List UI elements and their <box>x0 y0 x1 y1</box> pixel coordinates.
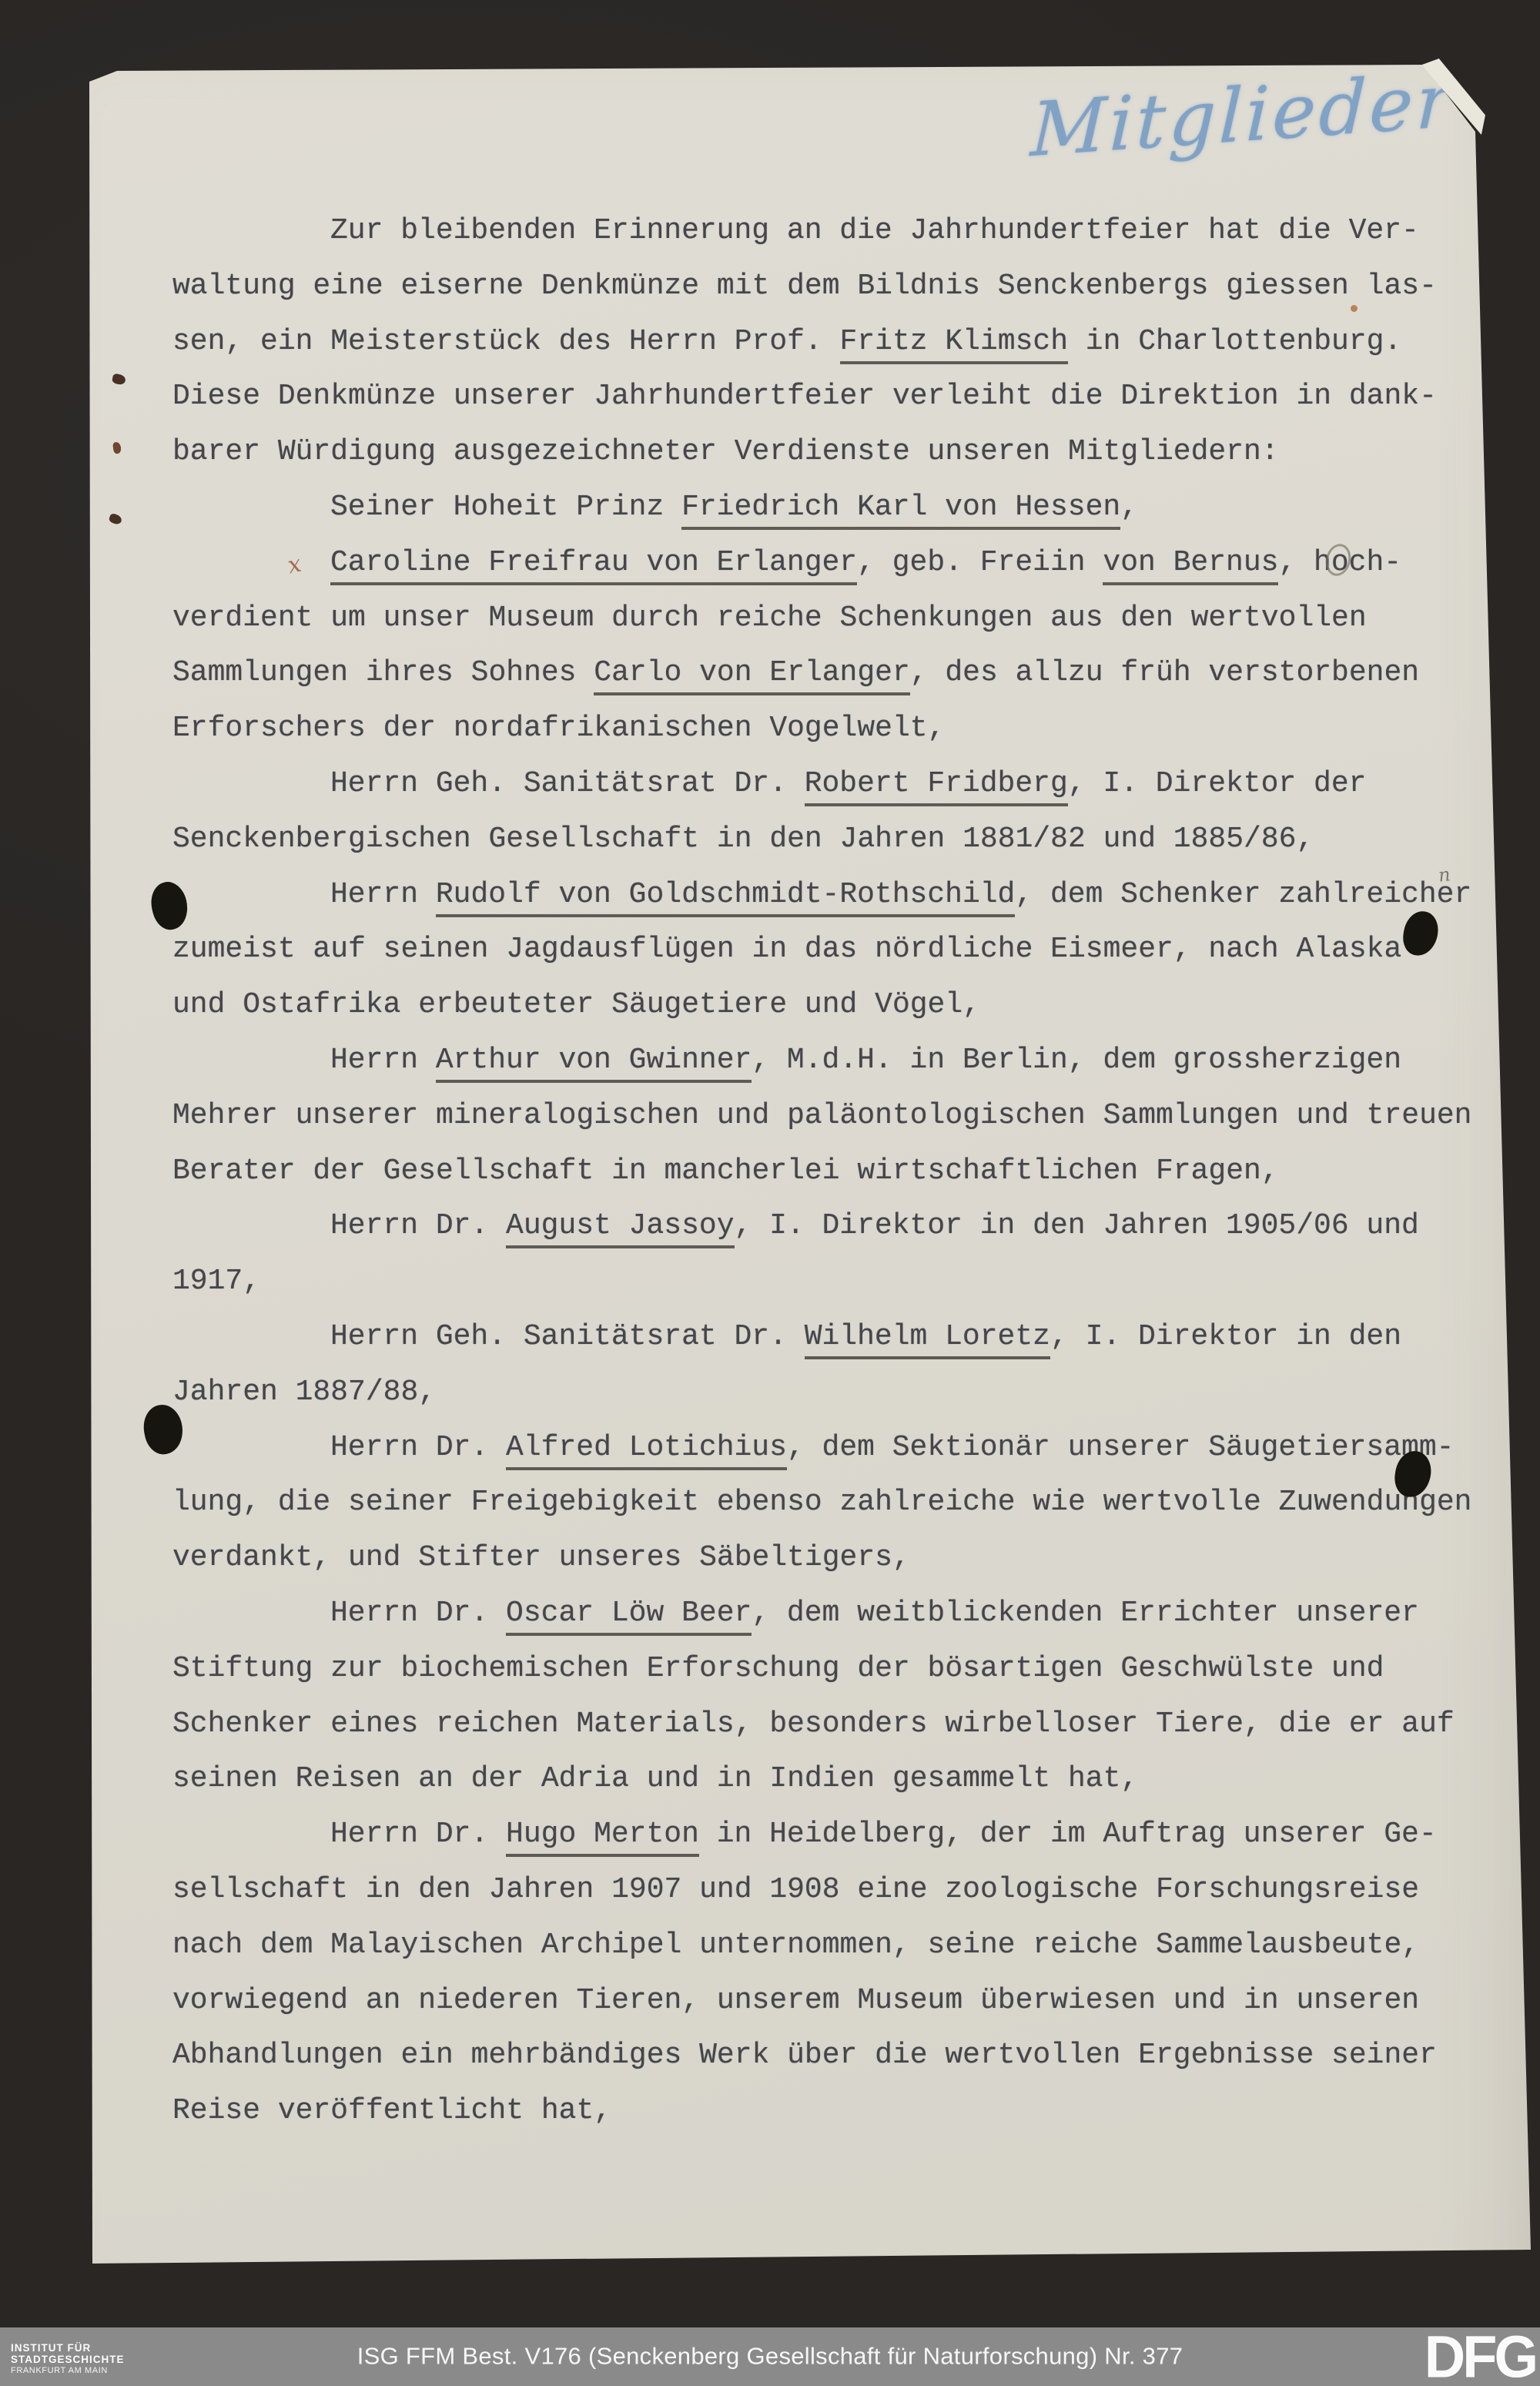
typed-text: verdient um unser Museum durch reiche Sc… <box>172 602 1367 635</box>
underlined-name: Caroline Freifrau von Erlanger <box>330 546 857 585</box>
typed-text: und Ostafrika erbeuteter Säugetiere und … <box>172 988 980 1021</box>
typed-line: Herrn Rudolf von Goldschmidt-Rothschild,… <box>172 878 1528 933</box>
footer-bar: INSTITUT FÜR STADTGESCHICHTE FRANKFURT A… <box>0 2327 1540 2386</box>
archive-scan-viewer: Mitglieder Zur bleibenden Erinnerung an … <box>0 0 1540 2386</box>
typed-text: Herrn Geh. Sanitätsrat Dr. <box>330 767 805 800</box>
typed-text: barer Würdigung ausgezeichneter Verdiens… <box>172 435 1279 468</box>
typed-text: Sammlungen ihres Sohnes <box>172 656 594 689</box>
underlined-name: Rudolf von Goldschmidt-Rothschild <box>436 878 1016 917</box>
typed-text: Zur bleibenden Erinnerung an die Jahrhun… <box>330 214 1419 247</box>
typed-line: und Ostafrika erbeuteter Säugetiere und … <box>172 988 1528 1044</box>
typed-text: , <box>1120 491 1138 524</box>
typed-line: Jahren 1887/88, <box>172 1376 1528 1431</box>
typed-text: , I. Direktor der <box>1068 767 1367 800</box>
dfg-logo: DFG <box>1424 2323 1535 2386</box>
staple-mark <box>112 441 122 454</box>
underlined-name: Arthur von Gwinner <box>436 1044 752 1083</box>
underlined-name: Alfred Lotichius <box>506 1431 787 1470</box>
typed-text: Herrn Dr. <box>330 1209 506 1242</box>
typed-text: , I. Direktor in den <box>1050 1320 1401 1353</box>
typed-text: in Heidelberg, der im Auftrag unserer Ge… <box>699 1818 1437 1851</box>
typed-line: Schenker eines reichen Materials, besond… <box>172 1707 1528 1763</box>
typed-text: Berater der Gesellschaft in mancherlei w… <box>172 1154 1279 1188</box>
typed-text: Diese Denkmünze unserer Jahrhundertfeier… <box>172 380 1437 413</box>
typed-text: Senckenbergischen Gesellschaft in den Ja… <box>172 823 1314 856</box>
typed-text: verdankt, und Stifter unseres Säbeltiger… <box>172 1541 910 1574</box>
underlined-name: August Jassoy <box>506 1209 734 1248</box>
underlined-name: Fritz Klimsch <box>840 325 1068 364</box>
handwritten-annotation: Mitglieder <box>1029 55 1493 173</box>
scanned-page: Mitglieder Zur bleibenden Erinnerung an … <box>0 0 1540 2386</box>
typed-line: sellschaft in den Jahren 1907 und 1908 e… <box>172 1873 1528 1929</box>
typed-line: Herrn Geh. Sanitätsrat Dr. Wilhelm Loret… <box>172 1320 1528 1376</box>
rust-spot <box>1351 305 1358 312</box>
typed-line: Berater der Gesellschaft in mancherlei w… <box>172 1154 1528 1210</box>
archive-reference-label: ISG FFM Best. V176 (Senckenberg Gesellsc… <box>0 2342 1540 2370</box>
typed-line: Abhandlungen ein mehrbändiges Werk über … <box>172 2039 1528 2094</box>
typed-line: seinen Reisen an der Adria und in Indien… <box>172 1762 1528 1818</box>
typed-text: Schenker eines reichen Materials, besond… <box>172 1707 1455 1741</box>
typed-line: Sammlungen ihres Sohnes Carlo von Erlang… <box>172 656 1528 712</box>
typed-text: lung, die seiner Freigebigkeit ebenso za… <box>172 1486 1471 1519</box>
typed-line: Herrn Dr. Alfred Lotichius, dem Sektionä… <box>172 1431 1528 1486</box>
underlined-name: Carlo von Erlanger <box>594 656 909 695</box>
typed-line: Herrn Dr. Hugo Merton in Heidelberg, der… <box>172 1818 1528 1873</box>
typed-text: , des allzu früh verstorbenen <box>910 656 1419 689</box>
underlined-name: Friedrich Karl von Hessen <box>681 491 1120 530</box>
typed-text: in Charlottenburg. <box>1068 325 1401 358</box>
typed-line: Seiner Hoheit Prinz Friedrich Karl von H… <box>172 491 1528 546</box>
typed-text: nach dem Malayischen Archipel unternomme… <box>172 1929 1419 1962</box>
typed-text: Herrn <box>330 878 436 911</box>
typed-text: , M.d.H. in Berlin, dem grossherzigen <box>752 1044 1401 1077</box>
typed-text: vorwiegend an niederen Tieren, unserem M… <box>172 1984 1419 2017</box>
typed-text: , dem Sektionär unserer Säugetiersamm- <box>787 1431 1455 1464</box>
typed-line: verdient um unser Museum durch reiche Sc… <box>172 602 1528 657</box>
typed-text: Herrn Geh. Sanitätsrat Dr. <box>330 1320 805 1353</box>
typed-text: Jahren 1887/88, <box>172 1376 436 1409</box>
typed-line: vorwiegend an niederen Tieren, unserem M… <box>172 1984 1528 2039</box>
typed-text: , dem weitblickenden Errichter unserer <box>752 1597 1419 1630</box>
typed-line: Caroline Freifrau von Erlanger, geb. Fre… <box>172 546 1528 602</box>
typed-text: seinen Reisen an der Adria und in Indien… <box>172 1762 1138 1795</box>
typed-text: , dem Schenker zahlreicher <box>1015 878 1471 911</box>
typed-line: Herrn Geh. Sanitätsrat Dr. Robert Fridbe… <box>172 767 1528 823</box>
staple-mark <box>112 373 126 385</box>
typed-line: lung, die seiner Freigebigkeit ebenso za… <box>172 1486 1528 1541</box>
typed-text: Erforschers der nordafrikanischen Vogelw… <box>172 712 945 745</box>
typed-text: Mehrer unserer mineralogischen und paläo… <box>172 1099 1471 1132</box>
typed-line: nach dem Malayischen Archipel unternomme… <box>172 1929 1528 1984</box>
typed-line: Diese Denkmünze unserer Jahrhundertfeier… <box>172 380 1528 435</box>
underlined-name: Robert Fridberg <box>805 767 1068 806</box>
typed-text: 1917, <box>172 1265 260 1298</box>
typed-line: Herrn Arthur von Gwinner, M.d.H. in Berl… <box>172 1044 1528 1099</box>
underlined-name: Oscar Löw Beer <box>506 1597 752 1636</box>
underlined-name: von Bernus <box>1103 546 1278 585</box>
typed-line: Erforschers der nordafrikanischen Vogelw… <box>172 712 1528 767</box>
typed-line: sen, ein Meisterstück des Herrn Prof. Fr… <box>172 325 1528 380</box>
pencil-superscript-mark: n <box>1438 863 1451 886</box>
typed-line: Zur bleibenden Erinnerung an die Jahrhun… <box>172 214 1528 270</box>
underlined-name: Wilhelm Loretz <box>805 1320 1050 1359</box>
typed-line: verdankt, und Stifter unseres Säbeltiger… <box>172 1541 1528 1597</box>
typed-line: barer Würdigung ausgezeichneter Verdiens… <box>172 435 1528 491</box>
typed-lines: Zur bleibenden Erinnerung an die Jahrhun… <box>172 214 1528 2150</box>
typed-text: sen, ein Meisterstück des Herrn Prof. <box>172 325 840 358</box>
typed-text: Herrn Dr. <box>330 1818 506 1851</box>
typed-text: , I. Direktor in den Jahren 1905/06 und <box>735 1209 1419 1242</box>
typed-line: Stiftung zur biochemischen Erforschung d… <box>172 1652 1528 1707</box>
typed-text: zumeist auf seinen Jagdausflügen in das … <box>172 933 1401 966</box>
typed-text: Herrn <box>330 1044 436 1077</box>
typed-text: Herrn Dr. <box>330 1431 506 1464</box>
typed-line: Senckenbergischen Gesellschaft in den Ja… <box>172 823 1528 878</box>
underlined-name: Hugo Merton <box>506 1818 699 1857</box>
typed-text: Herrn Dr. <box>330 1597 506 1630</box>
typed-line: Reise veröffentlicht hat, <box>172 2094 1528 2150</box>
typed-line: waltung eine eiserne Denkmünze mit dem B… <box>172 270 1528 325</box>
typed-text: Seiner Hoheit Prinz <box>330 491 681 524</box>
staple-mark <box>108 513 122 526</box>
typed-line: Herrn Dr. Oscar Löw Beer, dem weitblicke… <box>172 1597 1528 1652</box>
typed-text: , geb. Freiin <box>857 546 1103 579</box>
typed-line: zumeist auf seinen Jagdausflügen in das … <box>172 933 1528 988</box>
typed-text: sellschaft in den Jahren 1907 und 1908 e… <box>172 1873 1419 1906</box>
typed-line: 1917, <box>172 1265 1528 1320</box>
typed-text: Reise veröffentlicht hat, <box>172 2094 611 2127</box>
typed-line: Mehrer unserer mineralogischen und paläo… <box>172 1099 1528 1154</box>
typed-text: Abhandlungen ein mehrbändiges Werk über … <box>172 2039 1437 2072</box>
typed-text: waltung eine eiserne Denkmünze mit dem B… <box>172 270 1437 303</box>
typed-line: Herrn Dr. August Jassoy, I. Direktor in … <box>172 1209 1528 1265</box>
typed-text: Stiftung zur biochemischen Erforschung d… <box>172 1652 1384 1685</box>
